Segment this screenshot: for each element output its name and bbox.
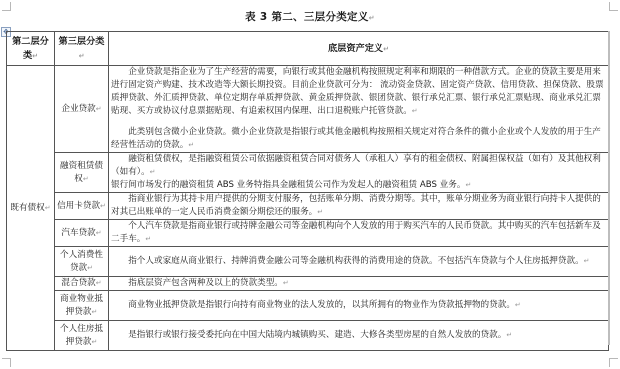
definition-cell: 是指银行或银行接受委托向在中国大陆境内城镇购买、建造、大修各类型房屋的自然人发放… xyxy=(109,321,609,351)
table-row: 既有债权↵ 企业贷款↵ 企业贷款是指企业为了生产经营的需要，向银行或其他金融机构… xyxy=(7,66,609,153)
table-caption: 表 3 第二、三层分类定义↵ xyxy=(0,9,620,24)
level3-cell: 个人消费性贷款↵ xyxy=(55,247,109,277)
table-right-edge-rule xyxy=(608,31,610,345)
classification-table: 第二层分类↵ 第三层分类↵ 底层资产定义↵ 既有债权↵ 企业贷款↵ 企业贷款是指… xyxy=(6,31,609,351)
table-row: 个人消费性贷款↵ 指个人或家庭从商业银行、持牌消费金融公司等金融机构获得的消费用… xyxy=(7,247,609,277)
definition-paragraph: 银行间市场发行的融资租赁 ABS 业务特指具金融租赁公司作为发起人的融资租赁 A… xyxy=(111,179,606,192)
definition-paragraph: 此类别包含微小企业贷款。微小企业贷款是指银行或其他金融机构按照相关规定对符合条件… xyxy=(111,126,606,152)
definition-paragraph: 商业物业抵押贷款是指银行向持有商业物业的法人发放的，以其所拥有的物业作为贷款抵押… xyxy=(111,299,606,312)
level3-cell: 个人住房抵押贷款↵ xyxy=(55,321,109,351)
definition-paragraph: 指商业银行为其持卡用户提供的分期支付服务，包括账单分期、消费分期等。其中，账单分… xyxy=(111,193,606,219)
table-caption-text: 表 3 第二、三层分类定义 xyxy=(245,11,369,23)
definition-paragraph: 个人汽车贷款是指商业银行或持牌金融公司等金融机构向个人发放的用于购买汽车的人民币… xyxy=(111,220,606,246)
definition-paragraph: 指底层资产包含两种及以上的贷款类型。↵ xyxy=(111,277,606,290)
header-level3: 第三层分类↵ xyxy=(55,32,109,66)
definition-cell: 指个人或家庭从商业银行、持牌消费金融公司等金融机构获得的消费用途的贷款。不包括汽… xyxy=(109,247,609,277)
definition-cell: 企业贷款是指企业为了生产经营的需要，向银行或其他金融机构按照规定利率和期限的一种… xyxy=(109,66,609,153)
definition-cell: 指底层资产包含两种及以上的贷款类型。↵ xyxy=(109,277,609,291)
definition-cell: 商业物业抵押贷款是指银行向持有商业物业的法人发放的，以其所拥有的物业作为贷款抵押… xyxy=(109,291,609,321)
definition-cell: 个人汽车贷款是指商业银行或持牌金融公司等金融机构向个人发放的用于购买汽车的人民币… xyxy=(109,220,609,247)
level3-cell: 信用卡贷款↵ xyxy=(55,193,109,220)
level2-cell: 既有债权↵ xyxy=(7,66,55,351)
level3-cell: 汽车贷款↵ xyxy=(55,220,109,247)
table-row: 汽车贷款↵ 个人汽车贷款是指商业银行或持牌金融公司等金融机构向个人发放的用于购买… xyxy=(7,220,609,247)
page-corner-mark-bottom-left xyxy=(2,358,11,367)
table-header-row: 第二层分类↵ 第三层分类↵ 底层资产定义↵ xyxy=(7,32,609,66)
header-definition: 底层资产定义↵ xyxy=(109,32,609,66)
page-corner-mark-bottom-right xyxy=(609,358,618,367)
header-level2: 第二层分类↵ xyxy=(7,32,55,66)
definition-cell: 融资租赁债权，是指融资租赁公司依据融资租赁合同对债务人（承租人）享有的租金债权、… xyxy=(109,153,609,193)
definition-paragraph: 是指银行或银行接受委托向在中国大陆境内城镇购买、建造、大修各类型房屋的自然人发放… xyxy=(111,329,606,342)
table-row: 个人住房抵押贷款↵ 是指银行或银行接受委托向在中国大陆境内城镇购买、建造、大修各… xyxy=(7,321,609,351)
level3-cell: 融资租赁债权↵ xyxy=(55,153,109,193)
level3-cell: 企业贷款↵ xyxy=(55,66,109,153)
definition-cell: 指商业银行为其持卡用户提供的分期支付服务，包括账单分期、消费分期等。其中，账单分… xyxy=(109,193,609,220)
definition-paragraph: 指个人或家庭从商业银行、持牌消费金融公司等金融机构获得的消费用途的贷款。不包括汽… xyxy=(111,255,606,268)
definition-paragraph: 融资租赁债权，是指融资租赁公司依据融资租赁合同对债务人（承租人）享有的租金债权、… xyxy=(111,153,606,179)
table-row: 信用卡贷款↵ 指商业银行为其持卡用户提供的分期支付服务，包括账单分期、消费分期等… xyxy=(7,193,609,220)
level3-cell: 混合贷款↵ xyxy=(55,277,109,291)
level3-cell: 商业物业抵押贷款↵ xyxy=(55,291,109,321)
table-row: 混合贷款↵ 指底层资产包含两种及以上的贷款类型。↵ xyxy=(7,277,609,291)
paragraph-mark-icon: ↵ xyxy=(369,14,375,22)
table-row: 商业物业抵押贷款↵ 商业物业抵押贷款是指银行向持有商业物业的法人发放的，以其所拥… xyxy=(7,291,609,321)
table-row: 融资租赁债权↵ 融资租赁债权，是指融资租赁公司依据融资租赁合同对债务人（承租人）… xyxy=(7,153,609,193)
definition-paragraph: 企业贷款是指企业为了生产经营的需要，向银行或其他金融机构按照规定利率和期限的一种… xyxy=(111,66,606,118)
